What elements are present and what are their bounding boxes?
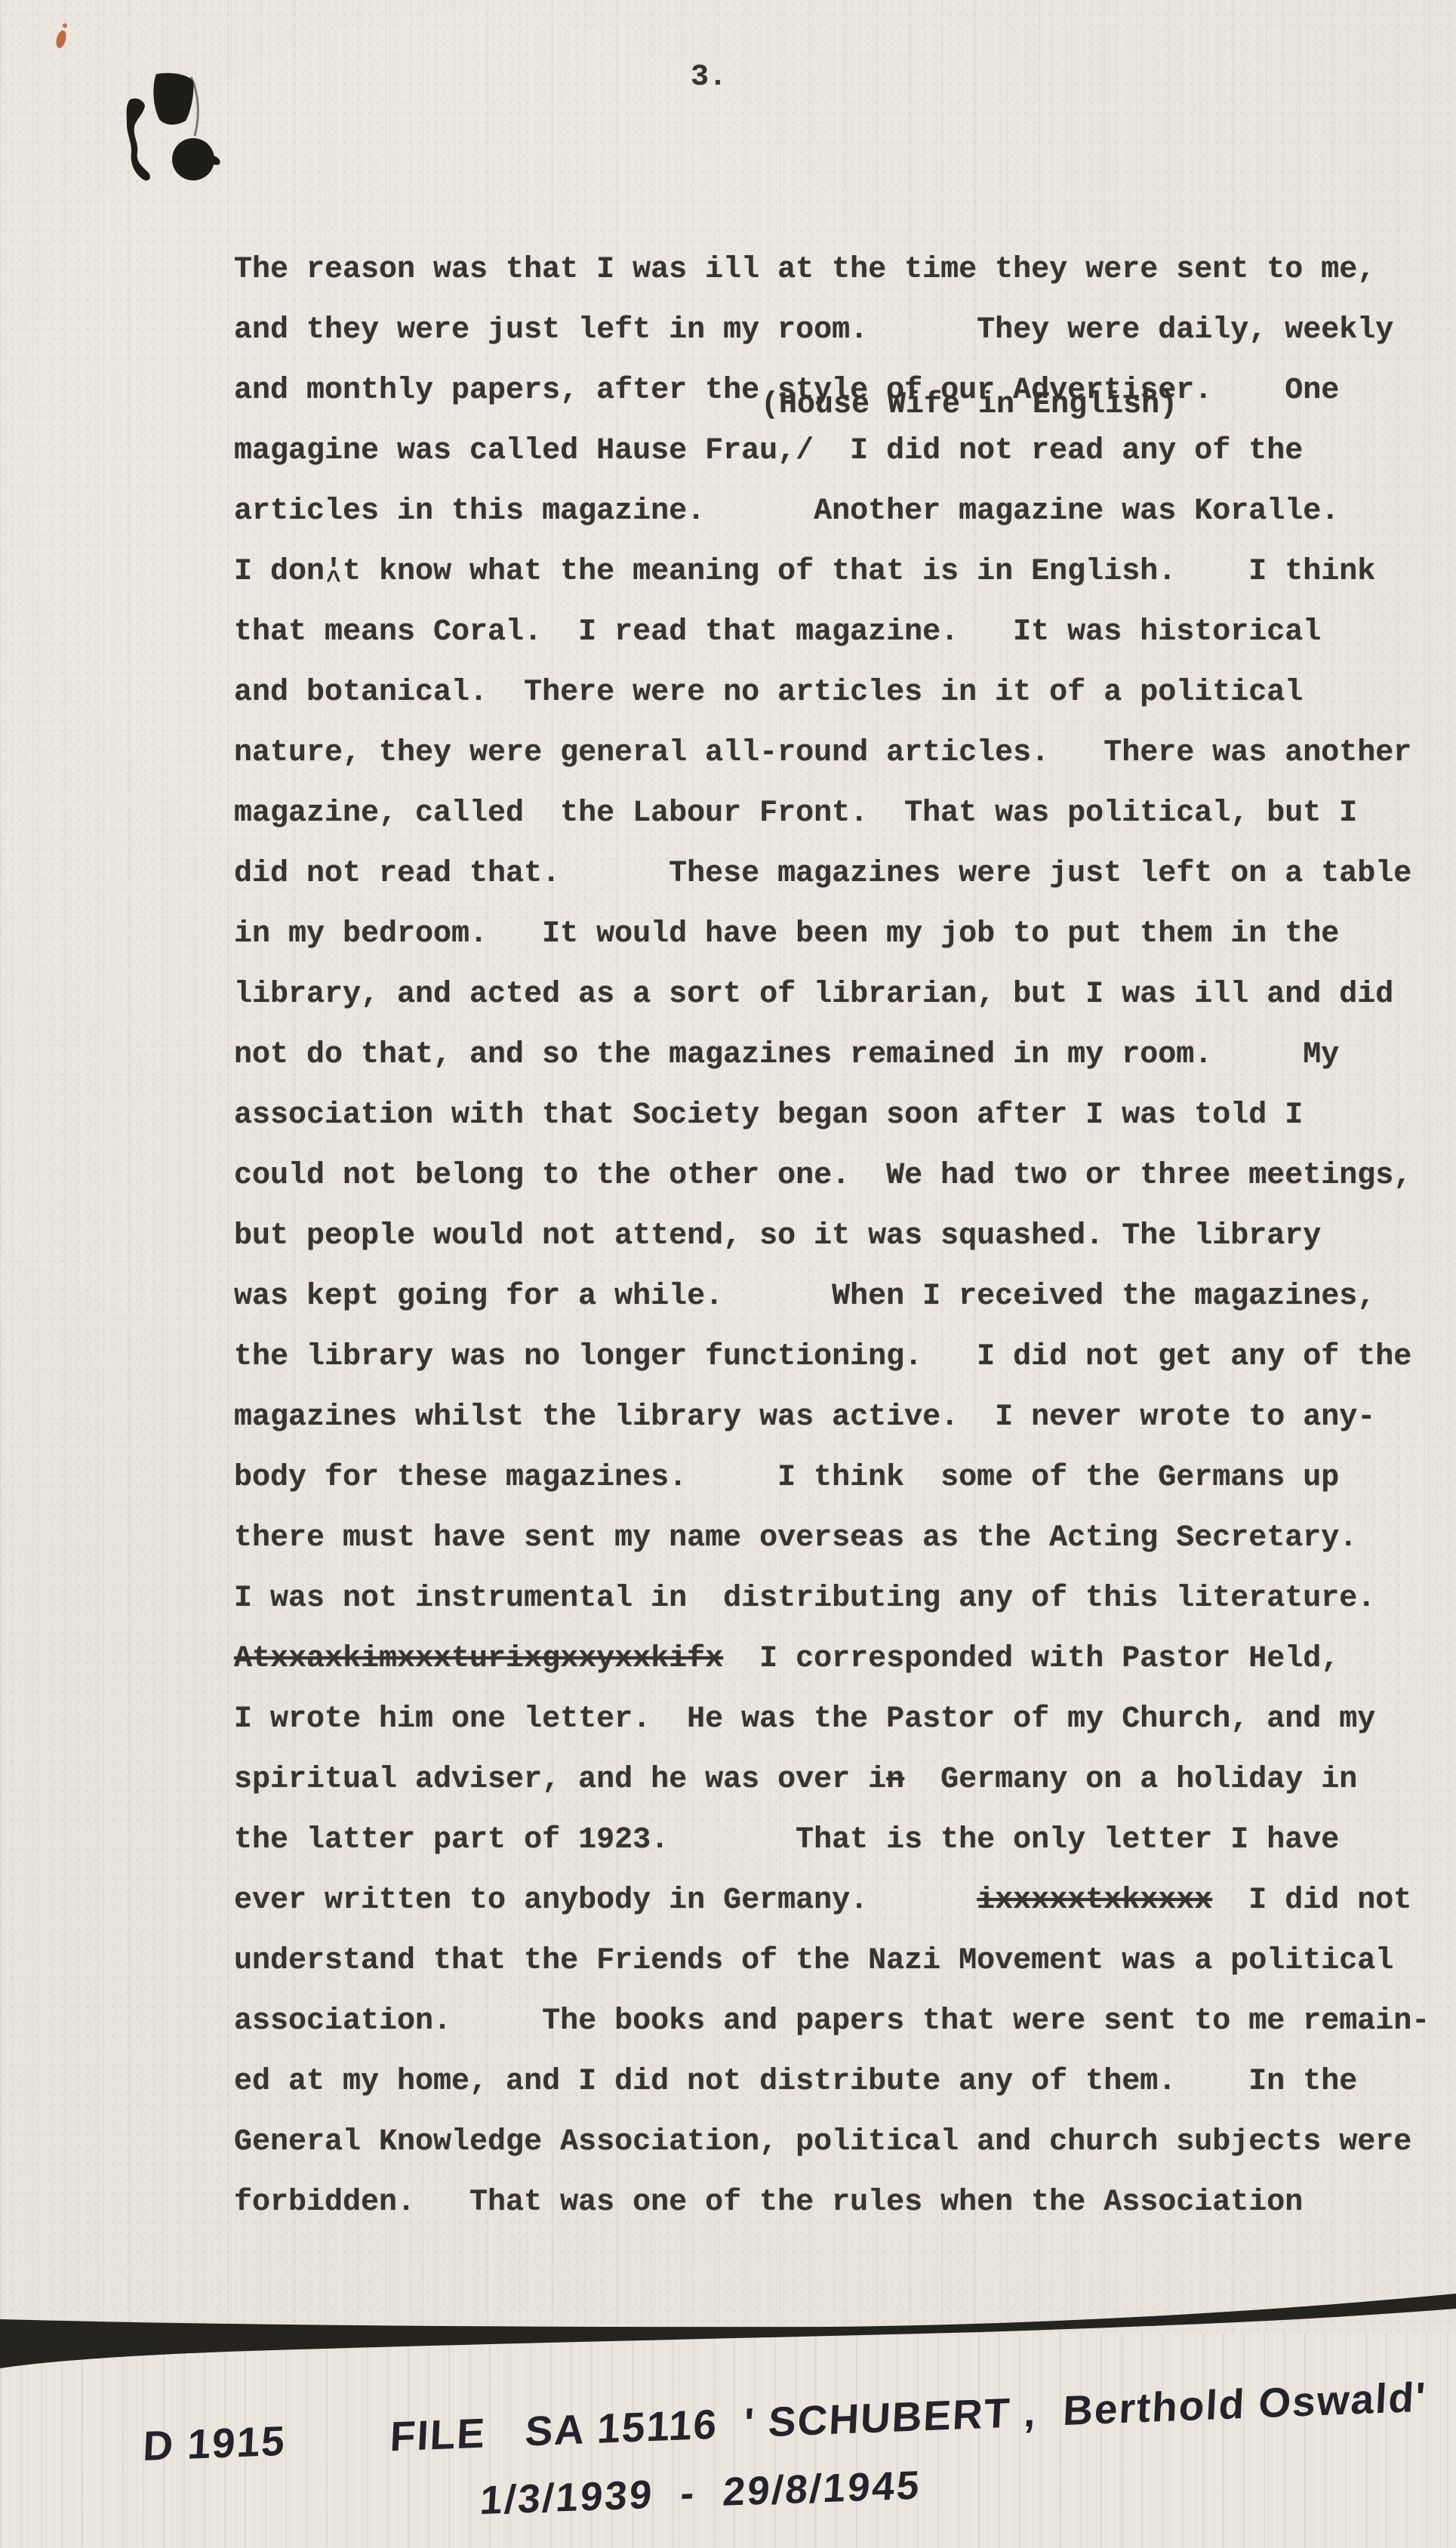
typed-line: General Knowledge Association, political… (234, 2112, 1430, 2173)
typed-line: association. The books and papers that w… (234, 1992, 1430, 2052)
typed-text: the latter part of 1923. That is the onl… (234, 1823, 1339, 1857)
typed-text: was kept going for a while. When I recei… (234, 1280, 1375, 1314)
typed-text: did not read that. These magazines were … (234, 857, 1411, 891)
typed-line: did not read that. These magazines were … (234, 844, 1430, 904)
struck-out-text: ixxxxxtxkxxxx (977, 1884, 1212, 1918)
typed-text: association with that Society began soon… (234, 1098, 1303, 1132)
typed-text: ed at my home, and I did not distribute … (234, 2065, 1357, 2099)
typed-text: the library was no longer functioning. I… (234, 1340, 1411, 1374)
red-mark (0, 0, 106, 83)
typed-line: I was not instrumental in distributing a… (234, 1569, 1430, 1629)
typed-line: I don't know what the meaning of that is… (234, 542, 1430, 602)
typed-text: I was not instrumental in distributing a… (234, 1582, 1375, 1616)
page-number: 3. (691, 60, 727, 94)
typed-line: in my bedroom. It would have been my job… (234, 904, 1430, 965)
typed-line: could not belong to the other one. We ha… (234, 1146, 1430, 1206)
typed-text: not do that, and so the magazines remain… (234, 1038, 1339, 1072)
typed-text: I wrote him one letter. He was the Pasto… (234, 1702, 1375, 1736)
typed-text: understand that the Friends of the Nazi … (234, 1944, 1393, 1978)
typed-line: I wrote him one letter. He was the Pasto… (234, 1690, 1430, 1750)
typed-text: in my bedroom. It would have been my job… (234, 917, 1339, 951)
typed-text: body for these magazines. I think some o… (234, 1461, 1339, 1495)
typed-line: the library was no longer functioning. I… (234, 1327, 1430, 1388)
typed-text: and they were just left in my room. They… (234, 313, 1393, 347)
typed-text: and botanical. There were no articles in… (234, 676, 1303, 710)
typed-text: articles in this magazine. Another magaz… (234, 495, 1339, 528)
struck-out-text: n (886, 1763, 904, 1797)
typed-text: I corresponded with Pastor Held, (723, 1642, 1339, 1676)
typed-line: forbidden. That was one of the rules whe… (234, 2173, 1430, 2233)
typed-line: body for these magazines. I think some o… (234, 1448, 1430, 1508)
typed-line: association with that Society began soon… (234, 1086, 1430, 1146)
typed-line: was kept going for a while. When I recei… (234, 1267, 1430, 1327)
typed-text: library, and acted as a sort of libraria… (234, 978, 1393, 1012)
interline-note: (House Wife in English) (761, 388, 1177, 422)
typed-line: the latter part of 1923. That is the onl… (234, 1810, 1430, 1871)
typed-line: ever written to anybody in Germany. ixxx… (234, 1871, 1430, 1931)
typed-line: but people would not attend, so it was s… (234, 1206, 1430, 1267)
typed-text: could not belong to the other one. We ha… (234, 1159, 1411, 1193)
typed-text: I did not (1212, 1884, 1411, 1918)
typed-text: magazines whilst the library was active.… (234, 1400, 1375, 1434)
typed-text: but people would not attend, so it was s… (234, 1219, 1321, 1253)
typed-text: ever written to anybody in Germany. (234, 1884, 977, 1918)
typed-line: and they were just left in my room. They… (234, 300, 1430, 361)
typed-line: articles in this magazine. Another magaz… (234, 482, 1430, 542)
typed-text: General Knowledge Association, political… (234, 2125, 1411, 2159)
typed-line: nature, they were general all-round arti… (234, 723, 1430, 784)
struck-out-text: Atxxaxkimxxxturixgxxyxxkifx (234, 1642, 723, 1676)
typed-text: The reason was that I was ill at the tim… (234, 253, 1375, 287)
typed-text: Germany on a holiday in (904, 1763, 1357, 1797)
typed-line: library, and acted as a sort of libraria… (234, 965, 1430, 1025)
typed-text: that means Coral. I read that magazine. … (234, 615, 1321, 649)
typed-text: forbidden. That was one of the rules whe… (234, 2186, 1303, 2220)
typed-line: ed at my home, and I did not distribute … (234, 2052, 1430, 2112)
typed-line: The reason was that I was ill at the tim… (234, 240, 1430, 300)
typed-text: magagine was called Hause Frau,/ I did n… (234, 434, 1303, 468)
typed-text: I don't know what the meaning of that is… (234, 555, 1375, 589)
caret-insert-mark: ^ (326, 568, 341, 596)
typed-text: nature, they were general all-round arti… (234, 736, 1411, 770)
typed-text: there must have sent my name overseas as… (234, 1521, 1357, 1555)
typed-text-block: The reason was that I was ill at the tim… (234, 240, 1430, 2233)
typed-line: magazines whilst the library was active.… (234, 1388, 1430, 1448)
typed-text: magazine, called the Labour Front. That … (234, 796, 1357, 830)
typed-line: magazine, called the Labour Front. That … (234, 784, 1430, 844)
typed-line: Atxxaxkimxxxturixgxxyxxkifx I correspond… (234, 1629, 1430, 1690)
typed-line: magagine was called Hause Frau,/ I did n… (234, 421, 1430, 482)
typed-text: association. The books and papers that w… (234, 2004, 1430, 2038)
scanned-document-page: { "document": { "page_number": "3.", "in… (0, 0, 1456, 2548)
typed-line: there must have sent my name overseas as… (234, 1508, 1430, 1569)
typed-line: not do that, and so the magazines remain… (234, 1025, 1430, 1086)
typed-line: understand that the Friends of the Nazi … (234, 1931, 1430, 1992)
typed-line: and botanical. There were no articles in… (234, 663, 1430, 723)
typed-line: that means Coral. I read that magazine. … (234, 602, 1430, 663)
typed-text: spiritual adviser, and he was over i (234, 1763, 886, 1797)
typed-line: spiritual adviser, and he was over in Ge… (234, 1750, 1430, 1810)
